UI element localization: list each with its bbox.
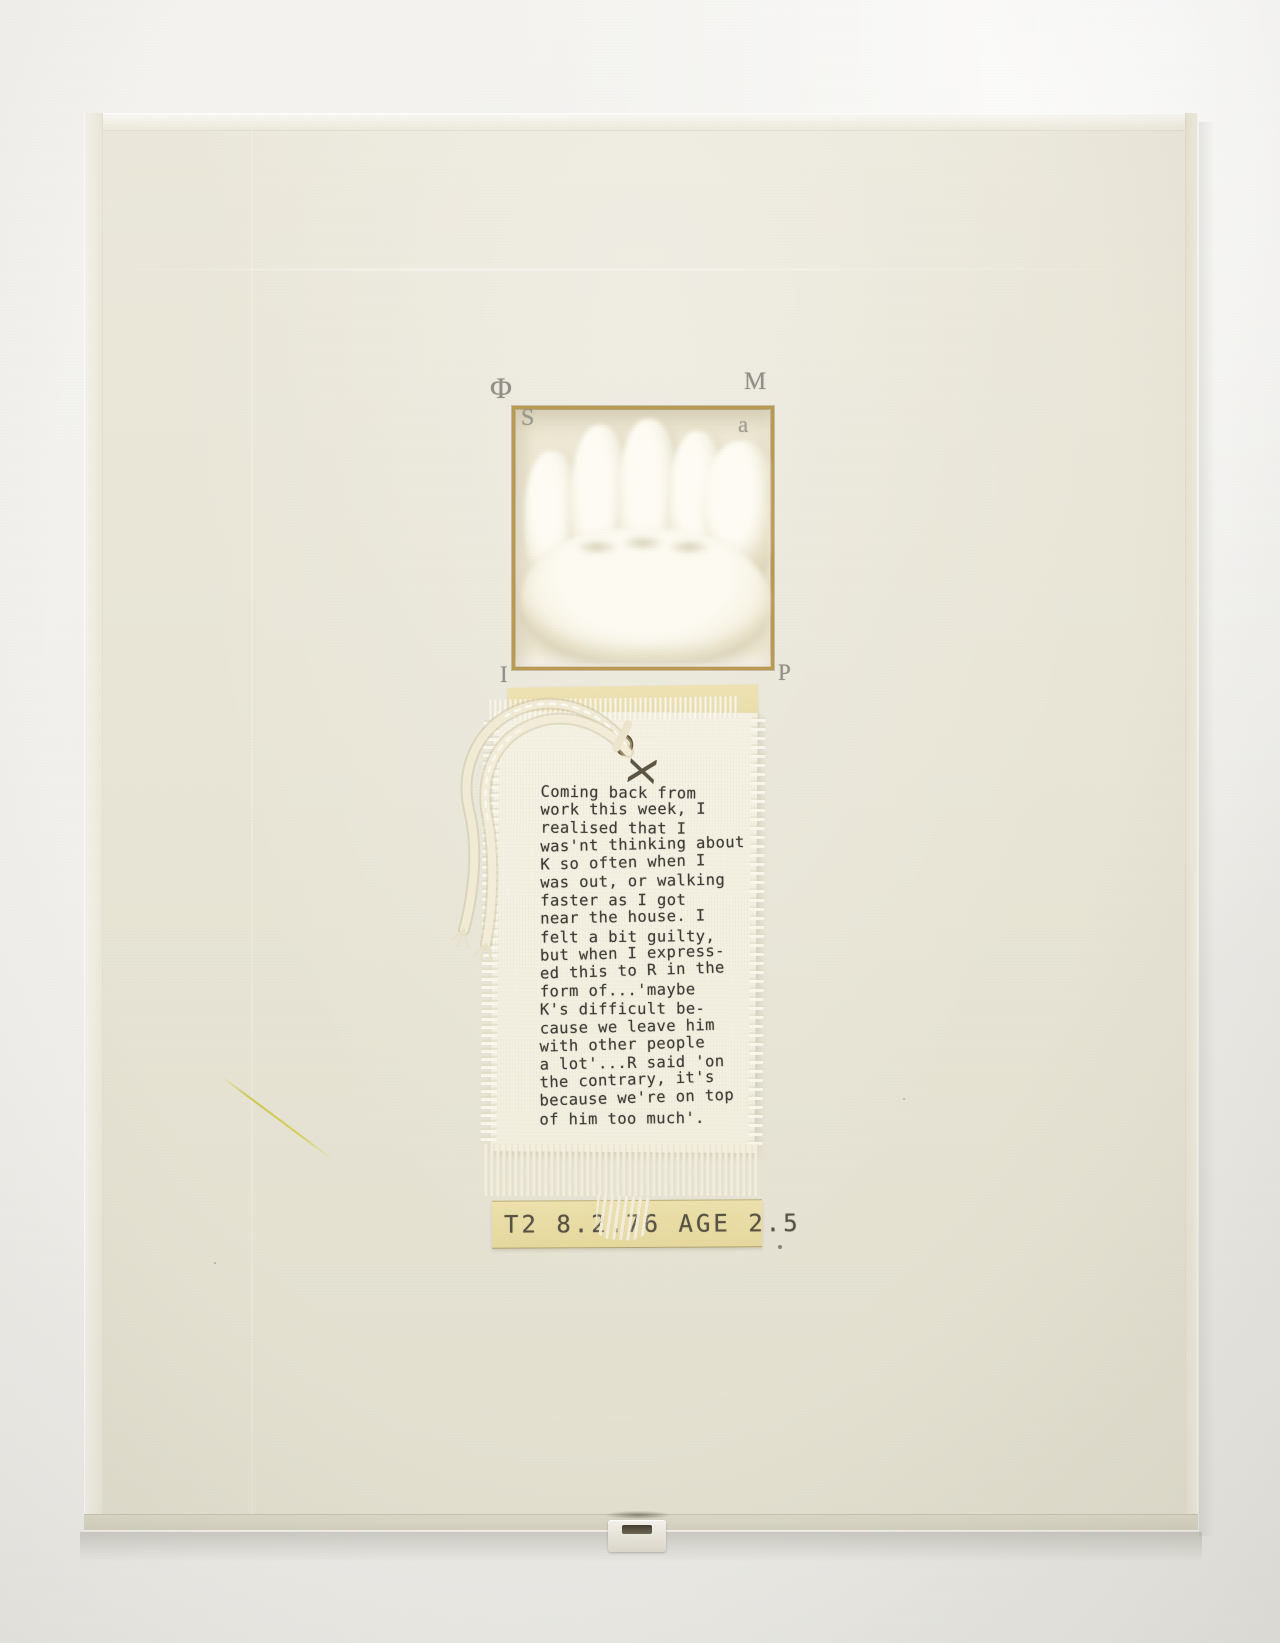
perspex-reflection-vertical	[251, 130, 253, 1515]
dust-speck	[214, 1262, 216, 1264]
dust-speck	[903, 1098, 905, 1100]
typed-line: form of...'maybe	[540, 979, 756, 1001]
box-edge-right	[1185, 113, 1198, 1531]
schema-letter-m: M	[744, 368, 766, 396]
box-edge-top	[84, 113, 1198, 131]
fringe-over-label	[595, 1195, 651, 1242]
perspex-reflection-horizontal	[110, 268, 1185, 271]
photograph: Φ M I P S a Coming back from work this w…	[0, 0, 1280, 1643]
schema-letter-s: S	[521, 405, 534, 432]
dust-speck	[778, 1245, 782, 1249]
typed-line: of him too much'.	[539, 1108, 755, 1128]
cast-crease	[621, 535, 665, 551]
cast-crease	[575, 539, 619, 555]
box-edge-left	[84, 113, 103, 1531]
plaster-hand-cast	[517, 411, 769, 665]
schema-letter-p: P	[778, 660, 791, 686]
schema-letter-a: a	[738, 412, 748, 438]
metal-clasp	[608, 1520, 666, 1552]
clasp-slot	[622, 1525, 652, 1534]
box-shadow-right	[1199, 122, 1215, 1536]
tag-fray-bottom	[484, 1144, 760, 1196]
clasp-smudge	[606, 1511, 670, 1519]
cotton-string	[430, 652, 680, 982]
cast-crease	[667, 539, 711, 555]
schema-letter-phi: Φ	[490, 372, 512, 406]
cast-recess	[512, 406, 774, 670]
